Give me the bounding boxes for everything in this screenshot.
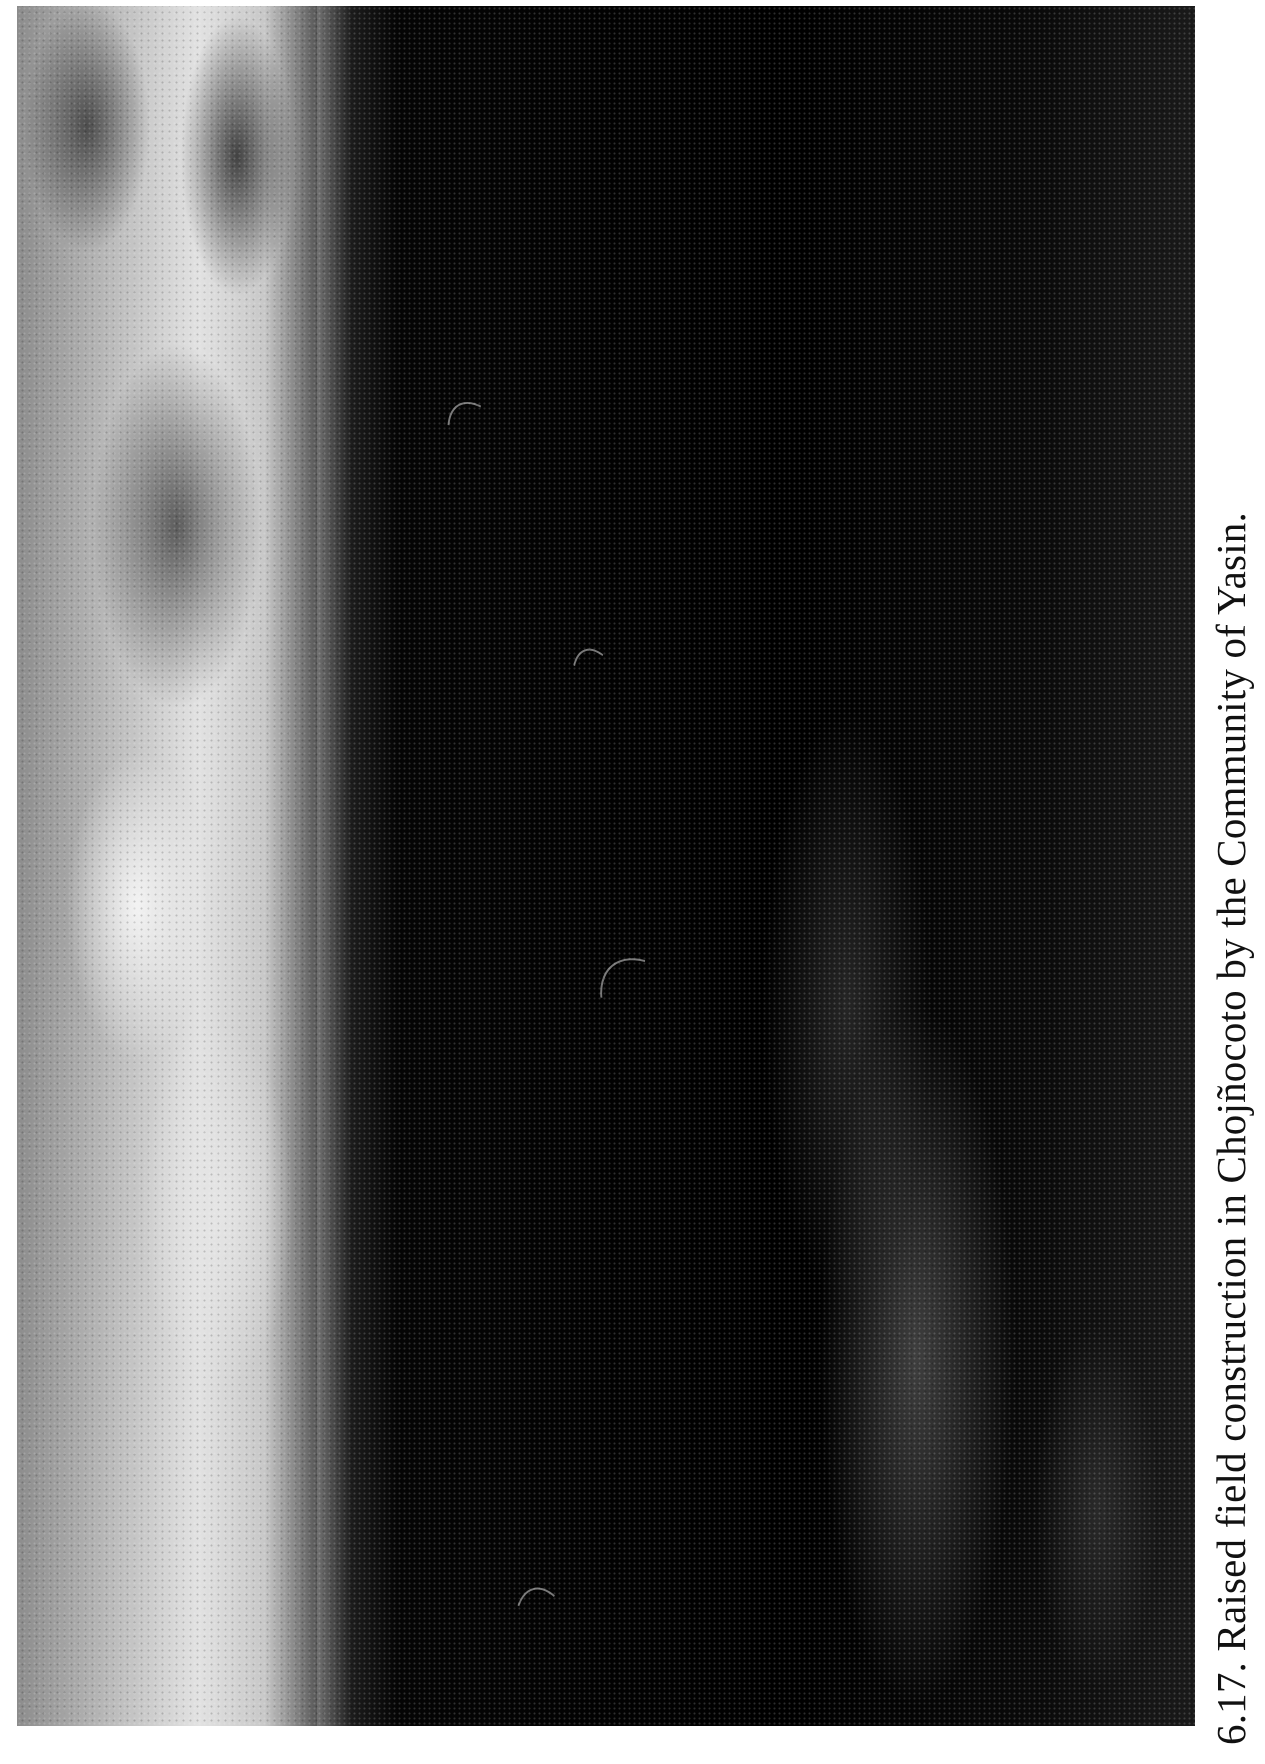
figure-number: 6.17. (1208, 1662, 1254, 1745)
halftone-texture (17, 6, 1195, 1726)
raised-field-photo (17, 6, 1195, 1726)
caption-text: Raised field construction in Chojñocoto … (1208, 512, 1254, 1652)
figure-caption: 6.17. Raised field construction in Chojñ… (1206, 512, 1256, 1745)
book-page: 6.17. Raised field construction in Chojñ… (0, 0, 1265, 1764)
